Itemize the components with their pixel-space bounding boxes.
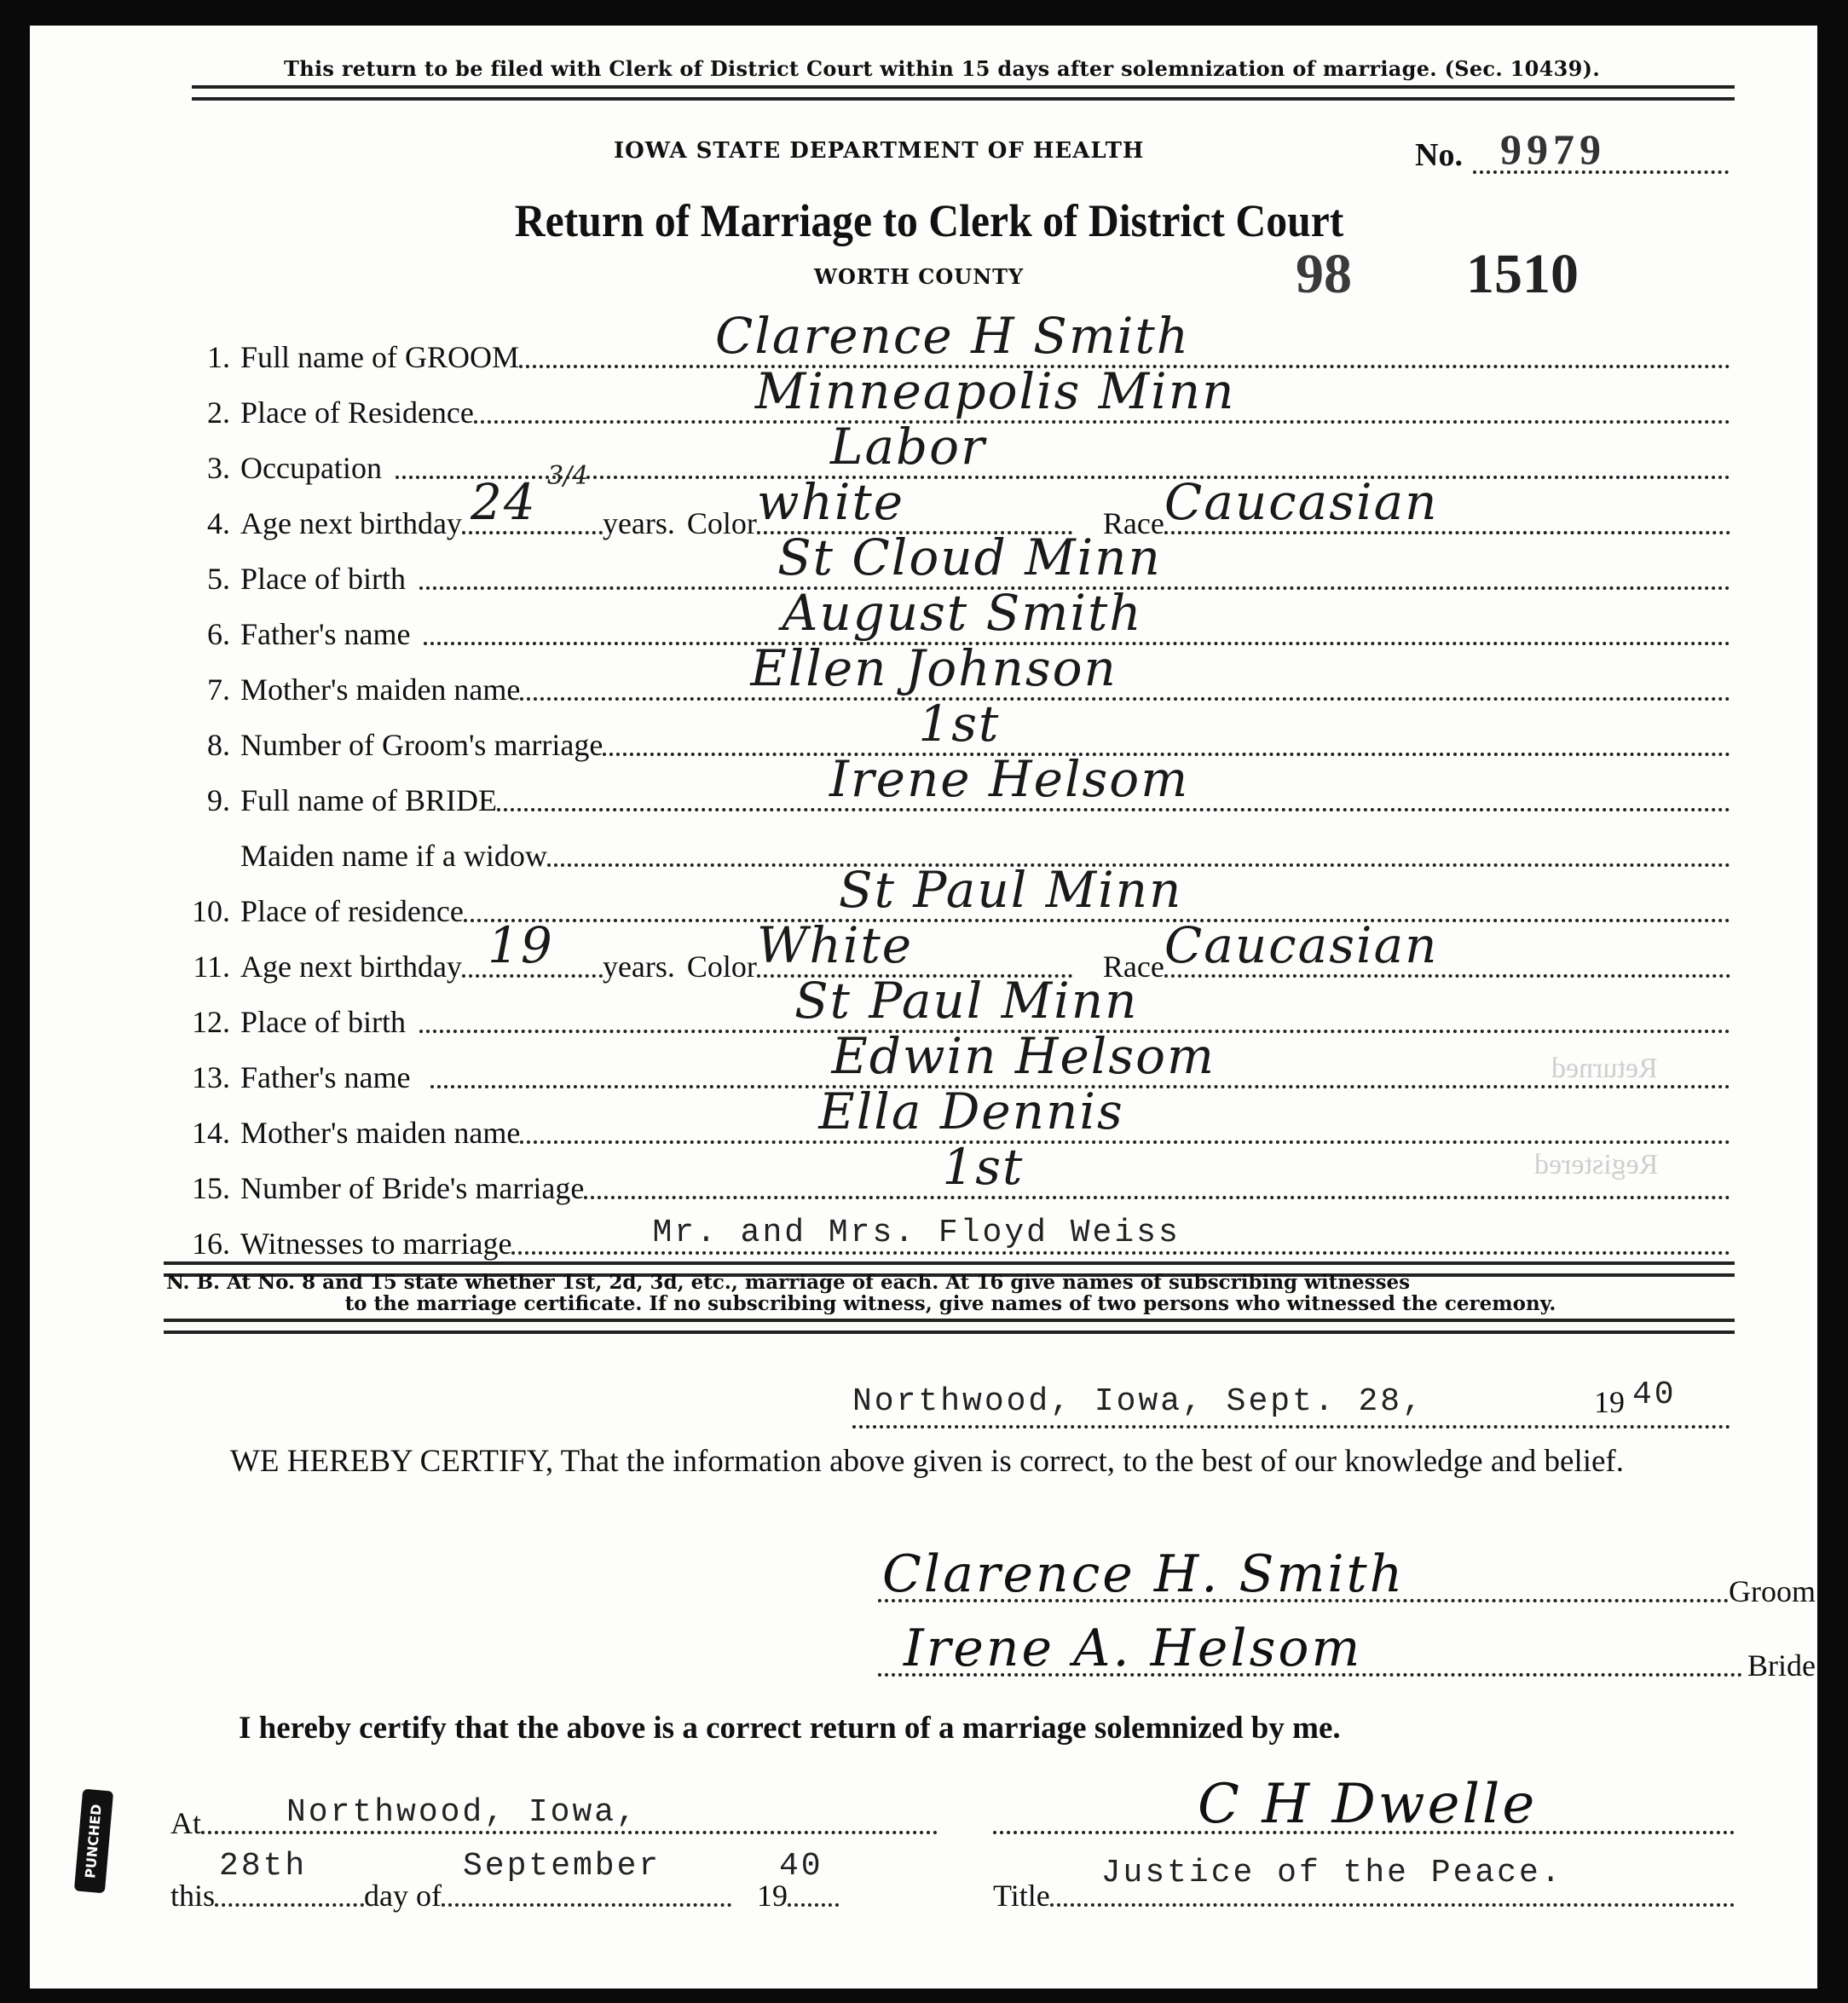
handwritten-value: Ella Dennis	[818, 1082, 1123, 1140]
bride-signature-line[interactable]: Irene A. Helsom	[878, 1663, 1742, 1677]
field-line[interactable]: Ellen Johnson	[520, 687, 1730, 701]
field-line[interactable]: Mr. and Mrs. Floyd Weiss	[511, 1241, 1730, 1255]
at-label: At	[170, 1805, 201, 1841]
field-label: Number of Bride's marriage	[240, 1170, 584, 1206]
handwritten-age: 19	[488, 916, 554, 974]
field-label: Occupation	[240, 450, 382, 486]
handwritten-value: St Cloud Minn	[777, 528, 1162, 586]
row-number: 16.	[170, 1226, 240, 1261]
handwritten-value: August Smith	[782, 584, 1142, 642]
row-number: 7.	[170, 672, 240, 707]
handwritten-value: Labor	[830, 418, 986, 476]
instruction-note: N. B. At No. 8 and 15 state whether 1st,…	[166, 1272, 1735, 1314]
officiant-signature: C H Dwelle	[1198, 1773, 1537, 1836]
color-label: Color	[687, 505, 757, 541]
row-number: 12.	[170, 1004, 240, 1040]
typed-place-date: Northwood, Iowa, Sept. 28,	[852, 1383, 1424, 1420]
number-label: No.	[1415, 136, 1463, 174]
field-bride-marriage-number: 15. Number of Bride's marriage 1st	[170, 1155, 1730, 1206]
years-label: years.	[603, 949, 675, 984]
field-label: Number of Groom's marriage	[240, 727, 603, 763]
handwritten-color: white	[757, 473, 904, 531]
field-line[interactable]: Minneapolis Minn	[474, 410, 1730, 424]
field-bride-name: 9. Full name of BRIDE Irene Helsom	[170, 767, 1730, 818]
handwritten-value: Clarence H Smith	[715, 307, 1190, 365]
field-line[interactable]: Labor	[396, 465, 1730, 479]
field-label: Father's name	[240, 616, 410, 652]
field-label: Mother's maiden name	[240, 1115, 520, 1151]
row-number: 11.	[170, 949, 240, 984]
handwritten-value: 1st	[918, 695, 1000, 753]
certification-statement: WE HEREBY CERTIFY, That the information …	[162, 1440, 1730, 1483]
field-line[interactable]: Irene Helsom	[497, 798, 1730, 811]
race-line[interactable]: Caucasian	[1164, 521, 1730, 534]
typed-day: 28th	[219, 1848, 307, 1885]
field-bride-residence: 10. Place of residence St Paul Minn	[170, 878, 1730, 929]
typed-value: Mr. and Mrs. Floyd Weiss	[652, 1215, 1180, 1251]
handwritten-age: 24	[471, 473, 537, 531]
handwritten-race: Caucasian	[1164, 916, 1439, 974]
groom-signature: Clarence H. Smith	[882, 1544, 1405, 1604]
row-number: 6.	[170, 616, 240, 652]
officiant-statement: I hereby certify that the above is a cor…	[239, 1710, 1341, 1746]
day-of-label: day of	[364, 1878, 442, 1914]
row-number: 14.	[170, 1115, 240, 1151]
department-name: IOWA STATE DEPARTMENT OF HEALTH	[614, 138, 1145, 164]
day-line[interactable]: 28th	[215, 1893, 364, 1907]
groom-signature-row: Clarence H. Smith Groom	[878, 1558, 1816, 1609]
handwritten-race: Caucasian	[1164, 473, 1439, 531]
note-rule-bottom	[164, 1319, 1735, 1334]
groom-label: Groom	[1729, 1573, 1816, 1609]
row-number: 3.	[170, 450, 240, 486]
header-rule	[192, 85, 1735, 101]
handwritten-value: St Paul Minn	[794, 972, 1138, 1030]
color-label: Color	[687, 949, 757, 984]
file-book-number: 98	[1296, 242, 1352, 307]
field-label: Age next birthday	[240, 505, 462, 541]
title-label: Title	[993, 1878, 1050, 1914]
bride-signature-row: Irene A. Helsom Bride	[878, 1632, 1816, 1683]
age-annotation: 3/4	[547, 461, 588, 491]
row-number: 4.	[170, 505, 240, 541]
bride-label: Bride	[1747, 1648, 1816, 1683]
field-line[interactable]: 1st	[584, 1186, 1730, 1199]
form-title: Return of Marriage to Clerk of District …	[372, 194, 1486, 247]
row-number: 2.	[170, 395, 240, 430]
this-label: this	[170, 1878, 215, 1914]
at-line[interactable]: Northwood, Iowa,	[201, 1821, 938, 1834]
typed-title: Justice of the Peace.	[1101, 1855, 1563, 1891]
race-line[interactable]: Caucasian	[1164, 964, 1730, 978]
field-officiant-signature: C H Dwelle	[993, 1790, 1735, 1841]
note-line-2: to the marriage certificate. If no subsc…	[166, 1293, 1735, 1314]
field-label: Place of Residence	[240, 395, 474, 430]
month-line[interactable]: September	[442, 1893, 731, 1907]
field-label: Full name of BRIDE	[240, 782, 497, 818]
row-number: 15.	[170, 1170, 240, 1206]
handwritten-value: 1st	[942, 1138, 1024, 1196]
groom-signature-line[interactable]: Clarence H. Smith	[878, 1589, 1729, 1602]
typed-month: September	[463, 1848, 661, 1885]
field-witnesses: 16. Witnesses to marriage Mr. and Mrs. F…	[170, 1210, 1730, 1261]
field-ceremony-place: At Northwood, Iowa,	[170, 1790, 938, 1841]
typed-year: 40	[779, 1848, 823, 1885]
row-number: 13.	[170, 1059, 240, 1095]
handwritten-value: St Paul Minn	[839, 861, 1182, 919]
record-number: 9979	[1500, 124, 1606, 174]
handwritten-value: Edwin Helsom	[831, 1027, 1216, 1085]
row-number: 9.	[170, 782, 240, 818]
typed-year: 40	[1632, 1377, 1677, 1413]
county-name: WORTH COUNTY	[814, 264, 1024, 289]
field-label: Place of birth	[240, 1004, 406, 1040]
field-label: Place of residence	[240, 893, 464, 929]
file-page-number: 1510	[1466, 242, 1579, 307]
handwritten-value: Minneapolis Minn	[755, 362, 1236, 420]
handwritten-value: Irene Helsom	[829, 750, 1189, 808]
field-label: Maiden name if a widow	[240, 838, 547, 874]
age-line[interactable]: 19	[462, 964, 603, 978]
field-label: Mother's maiden name	[240, 672, 520, 707]
year-line[interactable]: 40	[788, 1893, 839, 1907]
bride-signature: Irene A. Helsom	[904, 1619, 1362, 1678]
field-ceremony-date: this 28th day of September 19 40	[170, 1862, 938, 1914]
years-label: years.	[603, 505, 675, 541]
title-line[interactable]: Justice of the Peace.	[1050, 1893, 1735, 1907]
field-label: Witnesses to marriage	[240, 1226, 511, 1261]
age-line[interactable]: 243/4	[462, 521, 603, 534]
field-line[interactable]: St Paul Minn	[464, 909, 1730, 922]
field-label: Father's name	[240, 1059, 410, 1095]
field-label: Full name of GROOM	[240, 339, 519, 375]
officiant-signature-line[interactable]: C H Dwelle	[993, 1821, 1735, 1834]
field-officiant-title: Title Justice of the Peace.	[993, 1862, 1735, 1914]
field-label: Place of birth	[240, 561, 406, 597]
handwritten-value: Ellen Johnson	[750, 639, 1117, 697]
handwritten-color: White	[757, 916, 913, 974]
field-label: Age next birthday	[240, 949, 462, 984]
row-number: 5.	[170, 561, 240, 597]
row-number: 10.	[170, 893, 240, 929]
field-groom-occupation: 3. Occupation Labor	[170, 435, 1730, 486]
note-line-1: N. B. At No. 8 and 15 state whether 1st,…	[166, 1271, 1410, 1294]
typed-place: Northwood, Iowa,	[286, 1794, 638, 1831]
field-line[interactable]: Ella Dennis	[520, 1130, 1730, 1144]
year-prefix: 19	[1594, 1384, 1625, 1420]
place-date-line[interactable]: Northwood, Iowa, Sept. 28, 19 40	[852, 1381, 1730, 1429]
row-number: 1.	[170, 339, 240, 375]
filing-notice: This return to be filed with Clerk of Di…	[162, 56, 1722, 81]
row-number: 8.	[170, 727, 240, 763]
